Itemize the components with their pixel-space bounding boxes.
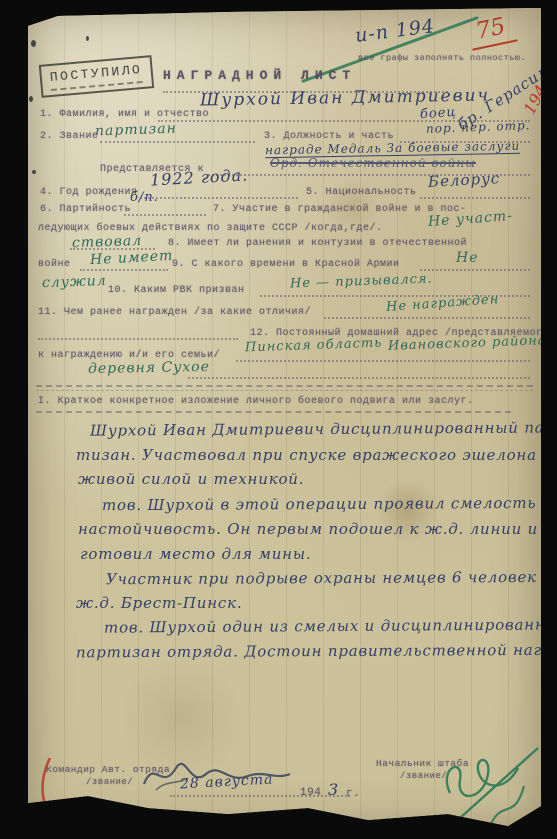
field3-value-part1: боец bbox=[420, 105, 457, 123]
story-line: готовил место для мины. bbox=[80, 545, 311, 563]
document-title: НАГРАДНОЙ ЛИСТ bbox=[163, 68, 356, 83]
ink-speck bbox=[86, 36, 89, 41]
field10-value: Не — призывался. bbox=[290, 272, 433, 292]
date-suffix: г. bbox=[346, 788, 360, 800]
story-line: ж.д. Брест-Пинск. bbox=[76, 594, 242, 612]
story-line: партизан отряда. Достоин правительственн… bbox=[76, 641, 557, 662]
paper-sheet: и-п 194 75 все графы заполнять полностью… bbox=[28, 8, 541, 832]
ink-speck bbox=[31, 40, 36, 47]
story-line: тизан. Участвовал при спуске вражеского … bbox=[76, 446, 552, 464]
field5-value: Белорус bbox=[428, 169, 501, 191]
story-line: настойчивость. Он первым подошел к ж.д. … bbox=[78, 520, 557, 538]
section-heading: I. Краткое конкретное изложение личного … bbox=[38, 396, 474, 407]
commander-rank-label: /звание/ bbox=[86, 777, 133, 787]
field3-value-part2: пор. пер. отр. bbox=[426, 118, 531, 136]
scanned-document-page: и-п 194 75 все графы заполнять полностью… bbox=[0, 0, 557, 839]
date-year-handwritten: 3 bbox=[328, 780, 339, 799]
dotted-leader bbox=[140, 197, 298, 199]
ink-speck bbox=[32, 170, 36, 174]
field7-label-line2: ледующих боевых действиях по защите СССР… bbox=[38, 223, 383, 234]
dotted-leader bbox=[236, 360, 530, 362]
dotted-leader bbox=[420, 269, 530, 271]
dotted-leader bbox=[188, 377, 530, 379]
field9-value-part1: Не bbox=[456, 250, 479, 266]
story-line: тов. Шурхой в этой операции проявил смел… bbox=[102, 494, 552, 514]
date-year-typed: 194 bbox=[300, 787, 321, 799]
dotted-leader bbox=[324, 317, 530, 319]
field6-label: 6. Партийность bbox=[40, 204, 131, 215]
chief-of-staff-signature bbox=[420, 738, 541, 832]
fill-instruction: все графы заполнять полностью. bbox=[358, 53, 526, 63]
dotted-leader bbox=[38, 338, 238, 340]
dotted-leader bbox=[170, 795, 350, 797]
dotted-leader bbox=[80, 269, 168, 271]
field5-label: 5. Национальность bbox=[306, 187, 417, 198]
field12-value-village: деревня Сухое bbox=[88, 359, 210, 377]
heading-underline bbox=[36, 411, 511, 413]
field2-label: 2. Звание bbox=[40, 131, 99, 142]
field9-label: 9. С какого времени в Красной Армии bbox=[172, 259, 400, 270]
story-line: живой силой и техникой. bbox=[78, 470, 304, 488]
field8-value: Не имеет bbox=[90, 248, 174, 268]
dotted-leader bbox=[420, 197, 530, 199]
field9-value-part2: служил bbox=[42, 273, 107, 291]
field4-value: 1922 года. bbox=[150, 165, 249, 189]
section-divider bbox=[36, 385, 533, 391]
presented-award-crossed-out: Орд. Отечественной войны bbox=[270, 156, 476, 170]
field8-label-line1: 8. Имеет ли ранения и контузии в отечест… bbox=[168, 238, 467, 249]
ink-speck bbox=[29, 96, 33, 102]
postuplo-stamp: ПОСТУПИЛО bbox=[39, 55, 154, 98]
story-line: Участник при подрыве охраны немцев 6 чел… bbox=[106, 568, 557, 588]
field8-label-line2: войне bbox=[38, 259, 71, 270]
story-line: тов. Шурхой один из смелых и дисциплинир… bbox=[104, 615, 557, 636]
field1-label: 1. Фамилия, имя и отчество bbox=[40, 109, 209, 120]
field6-value: б/п. bbox=[130, 190, 159, 205]
dotted-leader bbox=[100, 141, 255, 143]
field4-label: 4. Год рождения bbox=[40, 187, 138, 198]
field10-label: 10. Каким РВК призван bbox=[108, 285, 245, 296]
field2-value: партизан bbox=[95, 121, 177, 140]
dotted-leader bbox=[124, 214, 206, 216]
page-number-red: 75 bbox=[474, 13, 508, 45]
story-line: Шурхой Иван Дмитриевич дисциплинированны… bbox=[90, 418, 557, 439]
red-pencil-mark bbox=[34, 756, 58, 822]
field11-label: 11. Чем ранее награжден /за какие отличи… bbox=[38, 307, 311, 318]
registration-code-handwritten: и-п 194 bbox=[354, 15, 436, 47]
